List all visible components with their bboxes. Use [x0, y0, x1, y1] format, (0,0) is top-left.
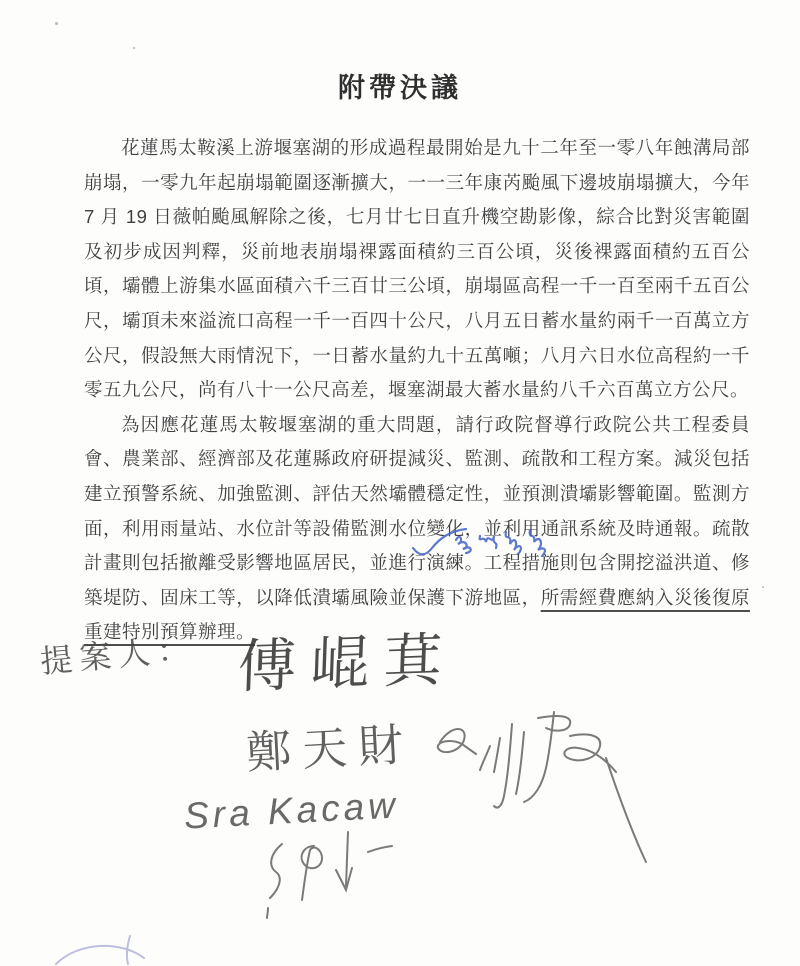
document-title: 附帶決議	[0, 66, 800, 105]
scan-speck	[744, 212, 746, 214]
document-body: 花蓮馬太鞍溪上游堰塞湖的形成過程最開始是九十二年至一零八年蝕溝局部崩塌，一零九年…	[84, 131, 750, 650]
cursive-signature-illegible	[420, 710, 655, 875]
blue-check-annotation	[406, 518, 558, 568]
paraph-mark	[252, 828, 407, 920]
signature-cheng-tien-tsai: 鄭天財	[244, 708, 415, 782]
scan-speck	[55, 22, 58, 25]
scanned-document-page: 附帶決議 花蓮馬太鞍溪上游堰塞湖的形成過程最開始是九十二年至一零八年蝕溝局部崩塌…	[0, 0, 800, 966]
paragraph-1-text: 花蓮馬太鞍溪上游堰塞湖的形成過程最開始是九十二年至一零八年蝕溝局部崩塌，一零九年…	[84, 137, 750, 400]
scan-speck	[133, 47, 135, 49]
paragraph-2-text: 為因應花蓮馬太鞍堰塞湖的重大問題，請行政院督導行政院公共工程委員會、農業部、經濟…	[84, 414, 750, 608]
signature-fu-kun-chi: 傅崐萁	[237, 612, 459, 704]
paragraph-1: 花蓮馬太鞍溪上游堰塞湖的形成過程最開始是九十二年至一零八年蝕溝局部崩塌，一零九年…	[84, 131, 750, 408]
faint-stamp-arc	[38, 934, 170, 966]
proposer-label: 提案人：	[38, 623, 197, 682]
scan-speck	[762, 586, 764, 588]
